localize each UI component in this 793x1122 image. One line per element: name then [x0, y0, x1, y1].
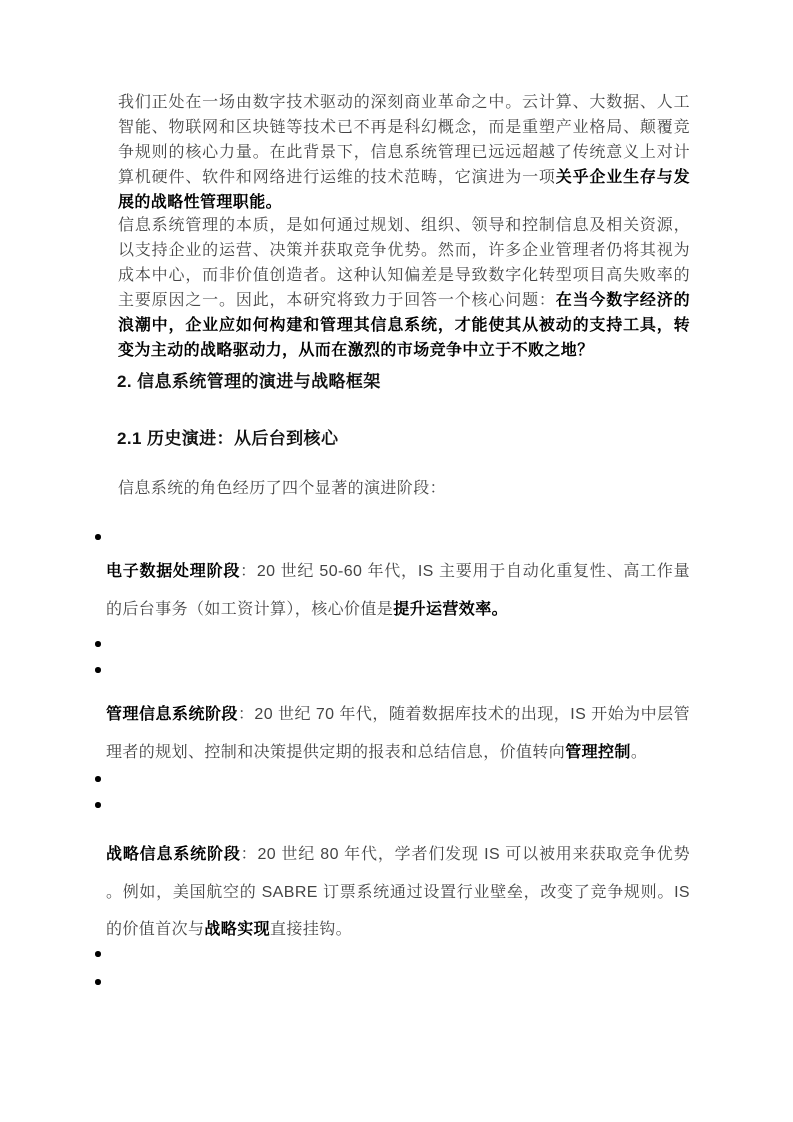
- paragraph-digital-revolution: 我们正处在一场由数字技术驱动的深刻商业革命之中。云计算、大数据、人工智能、物联网…: [118, 90, 690, 215]
- bullet-icon: [95, 951, 101, 957]
- bullet-icon: [95, 534, 101, 540]
- bullet-icon: [95, 802, 101, 808]
- bullet-icon: [95, 667, 101, 673]
- section-heading-2: 2. 信息系统管理的演进与战略框架: [117, 371, 690, 393]
- paragraph-core-question: 信息系统管理的本质，是如何通过规划、组织、领导和控制信息及相关资源，以支持企业的…: [118, 213, 690, 363]
- document-page: 我们正处在一场由数字技术驱动的深刻商业革命之中。云计算、大数据、人工智能、物联网…: [0, 0, 793, 1122]
- list-item-stage-sis: 战略信息系统阶段：20 世纪 80 年代，学者们发现 IS 可以被用来获取竞争优…: [106, 836, 690, 949]
- bullet-icon: [95, 641, 101, 647]
- bullet-icon: [95, 979, 101, 985]
- bullet-icon: [95, 776, 101, 782]
- list-item-stage-mis: 管理信息系统阶段：20 世纪 70 年代，随着数据库技术的出现，IS 开始为中层…: [106, 696, 690, 771]
- list-intro-line: 信息系统的角色经历了四个显著的演进阶段：: [118, 476, 690, 501]
- list-item-stage-edp: 电子数据处理阶段：20 世纪 50-60 年代，IS 主要用于自动化重复性、高工…: [106, 553, 690, 628]
- section-heading-2-1: 2.1 历史演进：从后台到核心: [117, 428, 690, 450]
